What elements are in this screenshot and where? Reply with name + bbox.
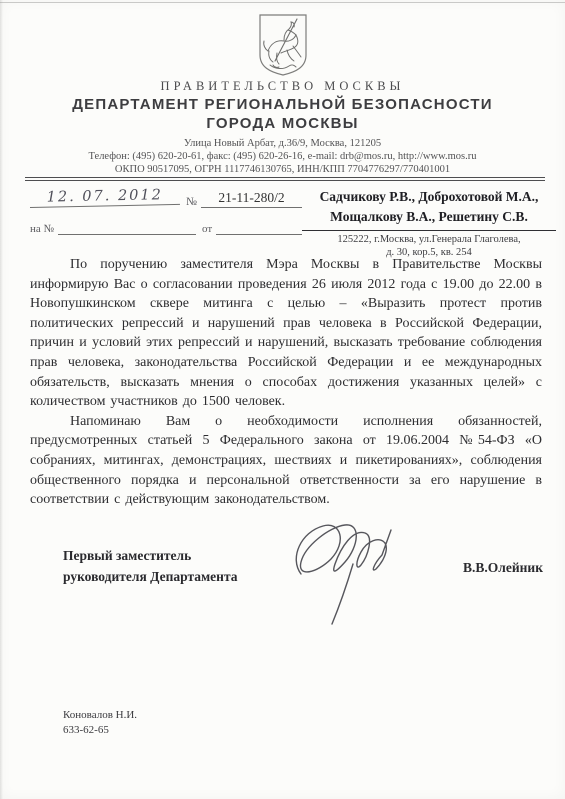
body-paragraph-1: По поручению заместителя Мэра Москвы в П… [30, 255, 542, 412]
signer-title-line2: руководителя Департамента [63, 567, 238, 588]
reply-number-blank [58, 234, 196, 235]
reference-block: 12. 07. 2012 № 21-11-280/2 на № от [30, 190, 302, 235]
letterhead-codes: ОКПО 90517095, ОГРН 1117746130765, ИНН/К… [0, 164, 565, 175]
executor-name: Коновалов Н.И. [63, 708, 137, 723]
executor-phone: 633-62-65 [63, 723, 137, 738]
executor-block: Коновалов Н.И. 633-62-65 [63, 708, 137, 738]
letter-body: По поручению заместителя Мэра Москвы в П… [30, 255, 542, 510]
reply-reference-row: на № от [30, 223, 302, 235]
reply-number-label: на № [30, 223, 58, 235]
addressee-names-line2: Мощалкову В.А., Решетину С.В. [302, 207, 556, 227]
letterhead-address: Улица Новый Арбат, д.36/9, Москва, 12120… [0, 138, 565, 149]
addressee-block: Садчикову Р.В., Доброхотовой М.А., Мощал… [302, 187, 556, 259]
date-number-row: 12. 07. 2012 № 21-11-280/2 [30, 190, 302, 208]
department-name-line1: ДЕПАРТАМЕНТ РЕГИОНАЛЬНОЙ БЕЗОПАСНОСТИ [0, 96, 565, 113]
reply-date-blank [216, 234, 302, 235]
scan-edge-line [0, 2, 565, 3]
scanned-letter-page: ПРАВИТЕЛЬСТВО МОСКВЫ ДЕПАРТАМЕНТ РЕГИОНА… [0, 0, 565, 799]
addressee-underline [302, 230, 556, 231]
signer-name: В.В.Олейник [463, 560, 543, 576]
reply-date-label: от [202, 223, 216, 235]
letterhead-contacts: Телефон: (495) 620-20-61, факс: (495) 62… [0, 151, 565, 162]
government-name: ПРАВИТЕЛЬСТВО МОСКВЫ [0, 79, 565, 94]
department-name-line2: ГОРОДА МОСКВЫ [0, 115, 565, 132]
letterhead-divider [25, 177, 545, 181]
signer-title: Первый заместитель руководителя Департам… [63, 546, 238, 588]
addressee-names-line1: Садчикову Р.В., Доброхотовой М.А., [302, 187, 556, 207]
addressee-address-line1: 125222, г.Москва, ул.Генерала Глаголева, [302, 233, 556, 246]
moscow-coat-of-arms-icon [255, 13, 311, 82]
outgoing-number: 21-11-280/2 [201, 190, 302, 208]
signer-title-line1: Первый заместитель [63, 546, 238, 567]
handwritten-date: 12. 07. 2012 [30, 187, 180, 208]
number-label: № [180, 196, 201, 208]
handwritten-signature-icon [285, 512, 435, 637]
body-paragraph-2: Напоминаю Вам о необходимости исполнения… [30, 412, 542, 510]
